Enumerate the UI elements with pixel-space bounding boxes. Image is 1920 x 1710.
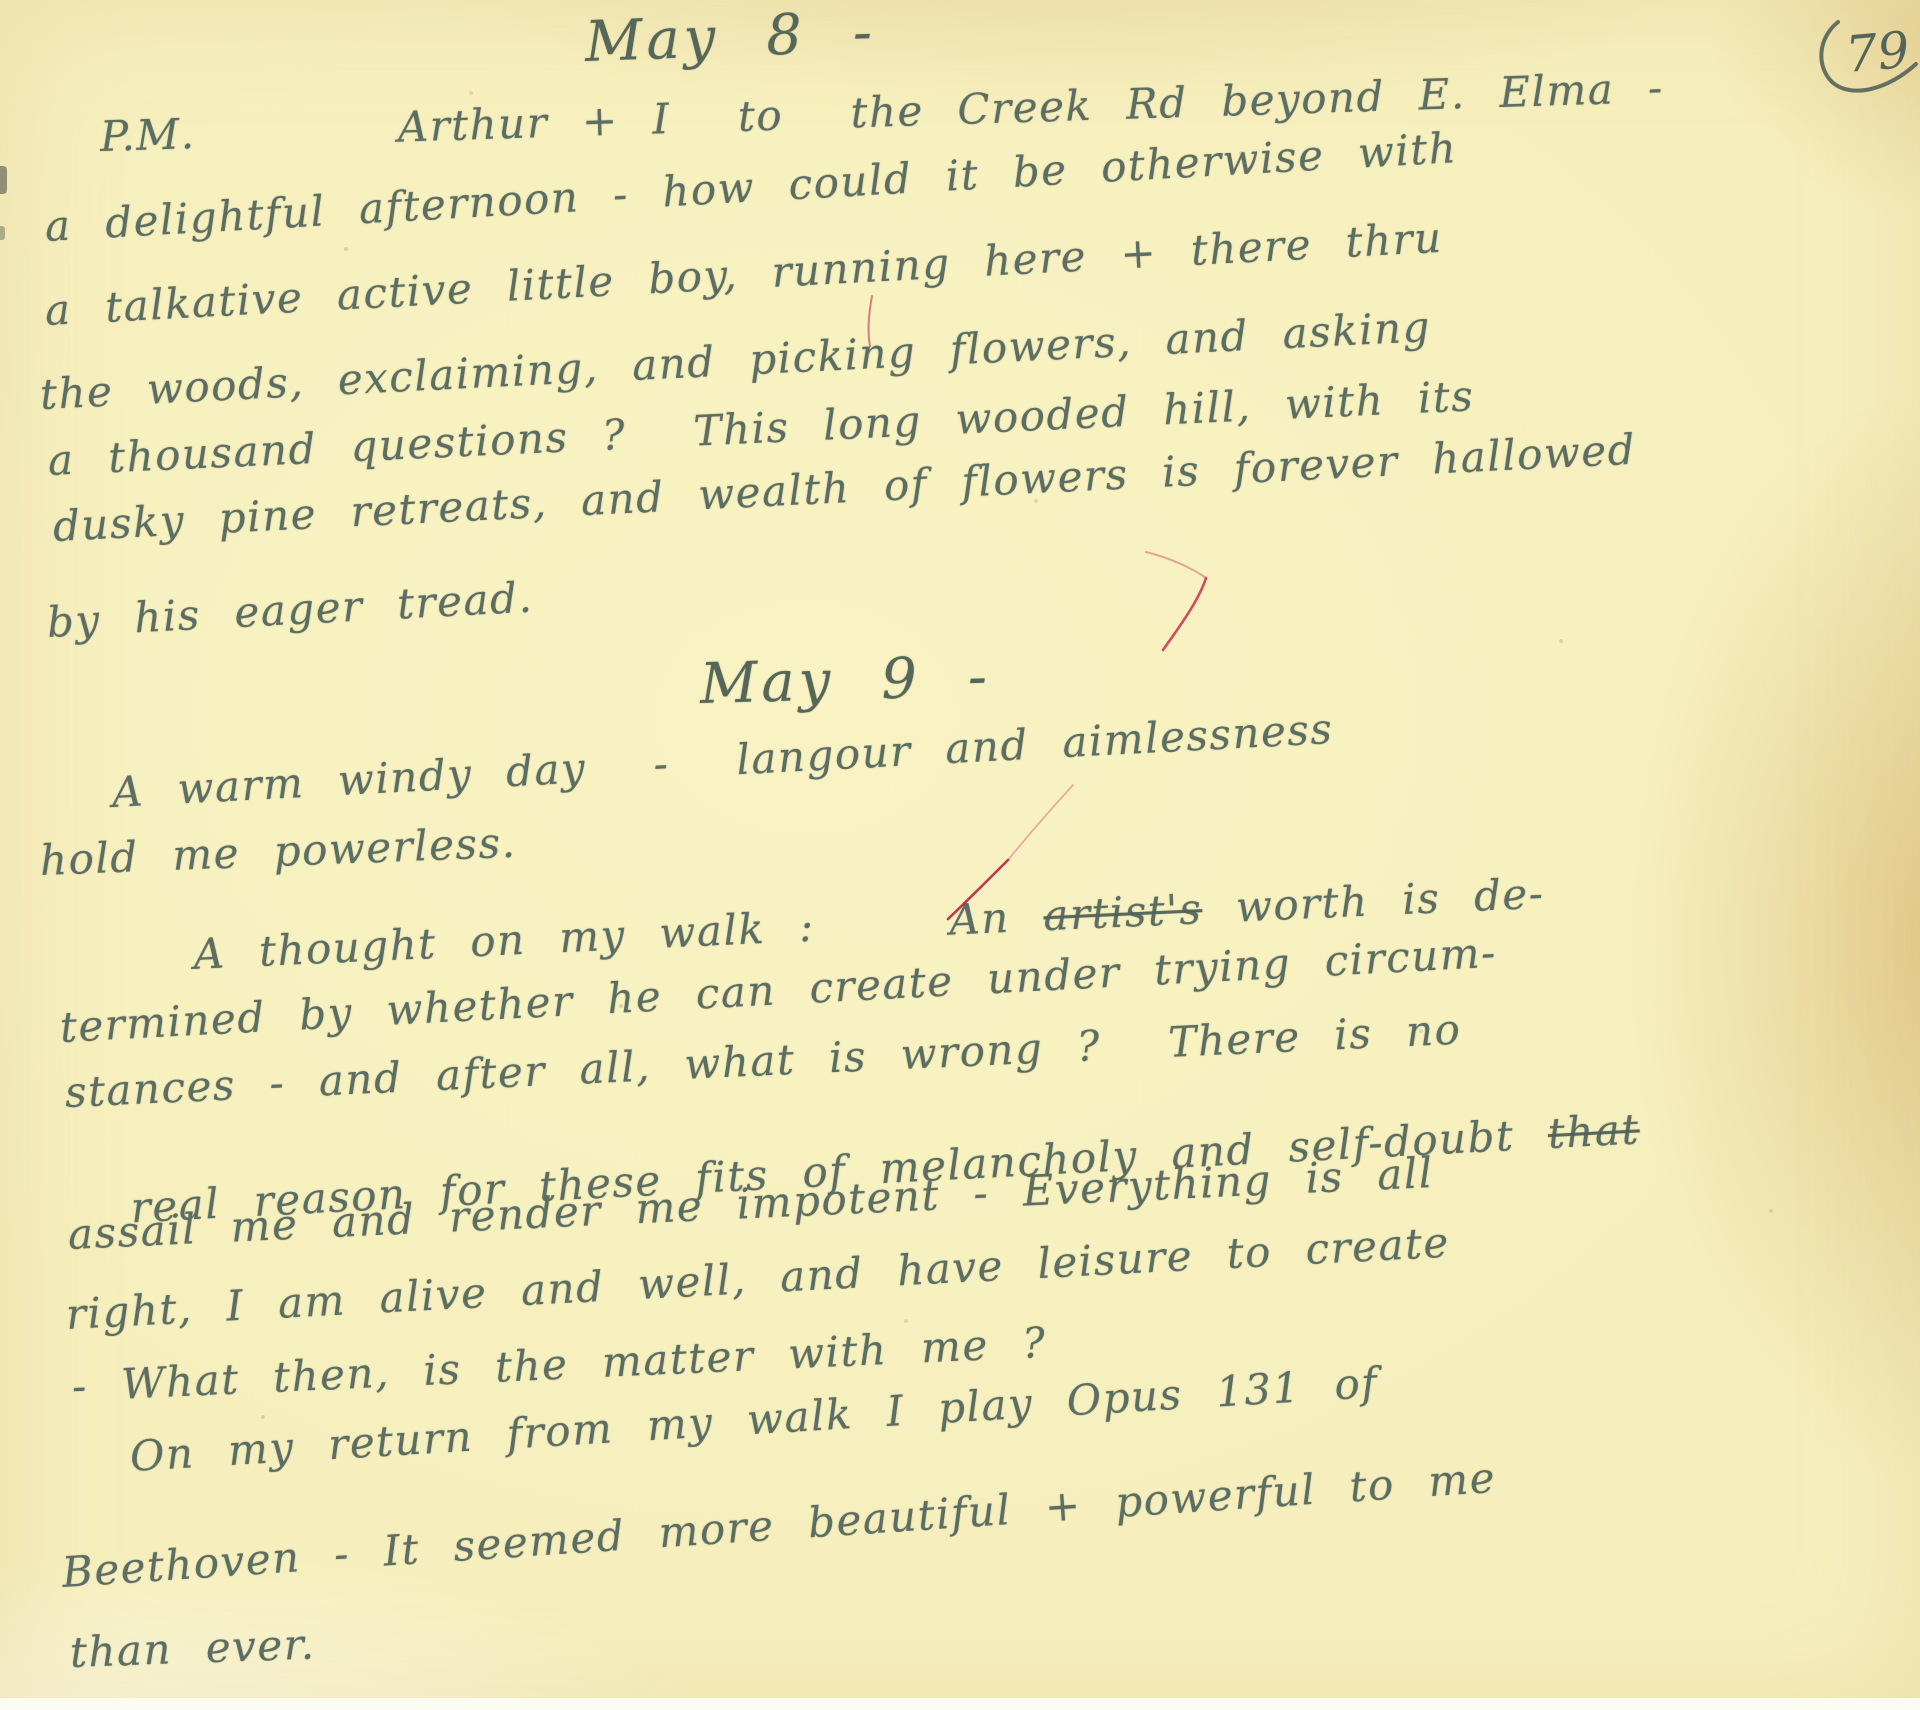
- entry-date-heading-may8: May 8 -: [584, 0, 877, 75]
- scan-edge-artifact: [0, 166, 7, 194]
- strikethrough-word: that: [1547, 1104, 1641, 1158]
- strikethrough-word: artist's: [1042, 884, 1203, 940]
- scan-edge-artifact: [0, 226, 5, 240]
- scan-bottom-edge: [0, 1698, 1920, 1710]
- journal-page: { "page": { "number": "79", "paper_color…: [0, 0, 1920, 1710]
- paper-speckles: [0, 0, 2, 2]
- handwritten-line: than ever.: [69, 1619, 316, 1677]
- entry-date-heading-may9: May 9 -: [699, 644, 992, 717]
